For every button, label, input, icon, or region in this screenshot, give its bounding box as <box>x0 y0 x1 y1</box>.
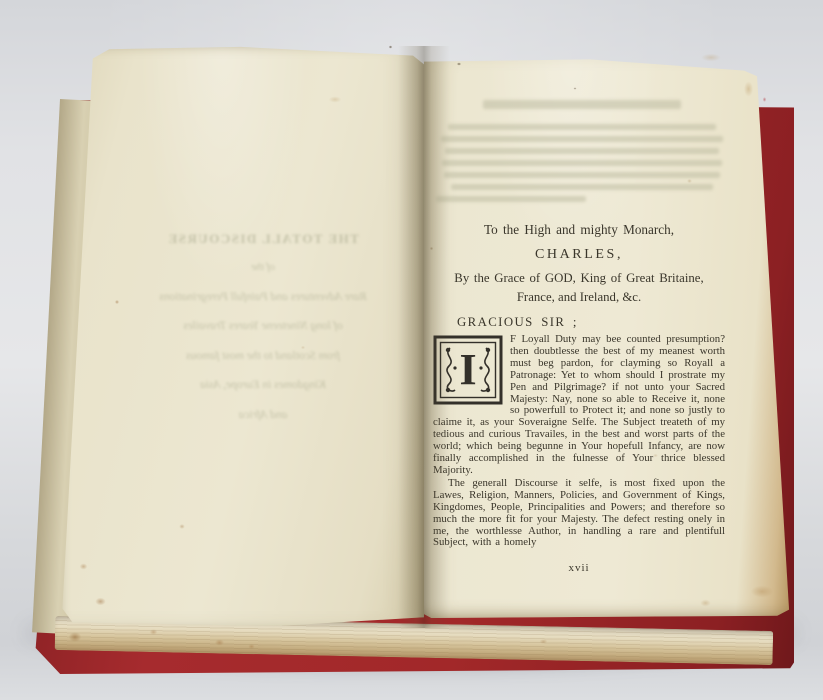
show-through-line: and Africa <box>98 410 428 422</box>
dedication-paragraph-1: I F Loyall Duty may bee counted presumpt… <box>433 334 725 477</box>
dedication-heading-line3: By the Grace of GOD, King of Great Brita… <box>433 271 725 286</box>
show-through-line: from Scotland to the most famous <box>98 351 428 363</box>
book-photograph: THE TOTALL DISCOURSE of the Rare Adventu… <box>0 0 823 700</box>
show-through-line <box>448 124 716 130</box>
show-through-line: Kingdomes in Europe, Asia <box>98 380 428 392</box>
flourish-dot-icon <box>486 348 490 352</box>
dedication-monarch-name: CHARLES, <box>433 247 725 263</box>
dedication-paragraph-2: The generall Discourse it selfe, is most… <box>433 478 725 549</box>
dedication-heading-line4: France, and Ireland, &c. <box>433 290 725 305</box>
show-through-line: of long Nineteene Yeares Travailes <box>98 321 428 333</box>
dedication-page-content: To the High and mighty Monarch, CHARLES,… <box>433 222 725 575</box>
salutation: GRACIOUS SIR ; <box>433 315 725 330</box>
show-through-line <box>436 196 586 202</box>
show-through-line <box>441 136 723 142</box>
show-through-line <box>445 148 719 154</box>
show-through-line <box>442 160 722 166</box>
show-through-title: THE TOTALL DISCOURSE of the Rare Adventu… <box>98 232 428 439</box>
flourish-dot-icon <box>479 366 482 369</box>
show-through-line <box>483 100 681 109</box>
flourish-dot-icon <box>486 388 490 392</box>
show-through-line: THE TOTALL DISCOURSE <box>98 232 428 245</box>
drop-cap-letter: I <box>459 345 476 394</box>
gutter-shadow <box>398 46 450 628</box>
right-page-dedication: To the High and mighty Monarch, CHARLES,… <box>424 56 792 618</box>
flourish-dot-icon <box>453 366 456 369</box>
show-through-line: of the <box>98 263 428 274</box>
left-page-blank: THE TOTALL DISCOURSE of the Rare Adventu… <box>58 44 424 626</box>
show-through-paragraph <box>436 100 728 202</box>
page-number: xvii <box>433 563 725 575</box>
dedication-heading-line1: To the High and mighty Monarch, <box>433 222 725 237</box>
show-through-line: Rare Adventures and Painfull Peregrinati… <box>98 292 428 304</box>
show-through-line <box>451 184 713 190</box>
show-through-line <box>444 172 720 178</box>
floral-flourish-icon <box>481 348 489 391</box>
